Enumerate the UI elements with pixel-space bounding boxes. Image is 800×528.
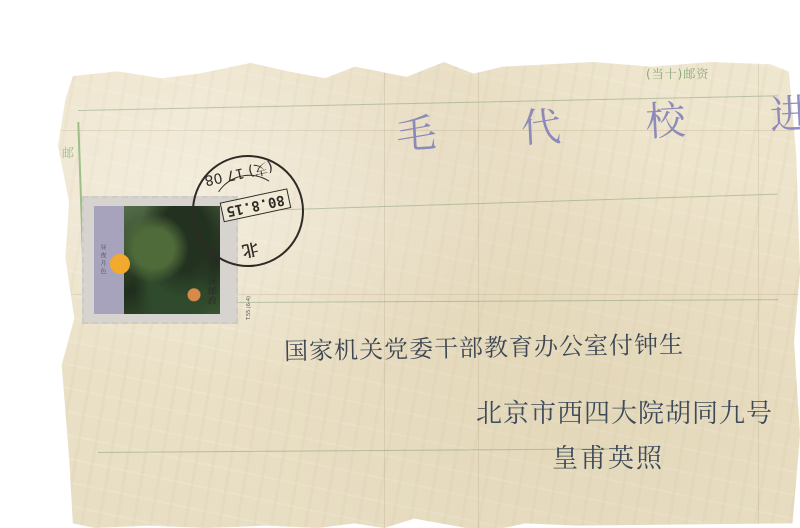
corner-print: (当十)邮资 [646,65,709,82]
recipient-address: 国家机关党委干部教育办公室付钟生 [284,325,685,367]
guide-line [258,194,778,211]
side-mark: 邮 [62,144,74,161]
stamp-side-text: 昼夜月色 [98,244,107,276]
sun-icon [110,254,130,274]
sender-name: 皇甫英照 [552,438,664,475]
sender-address: 北京市西四大院胡同九号 [476,393,773,430]
crease [384,62,385,528]
guide-line [98,448,618,453]
guide-line [238,299,778,303]
stamp-code: T.55.(6-4) [246,296,252,320]
